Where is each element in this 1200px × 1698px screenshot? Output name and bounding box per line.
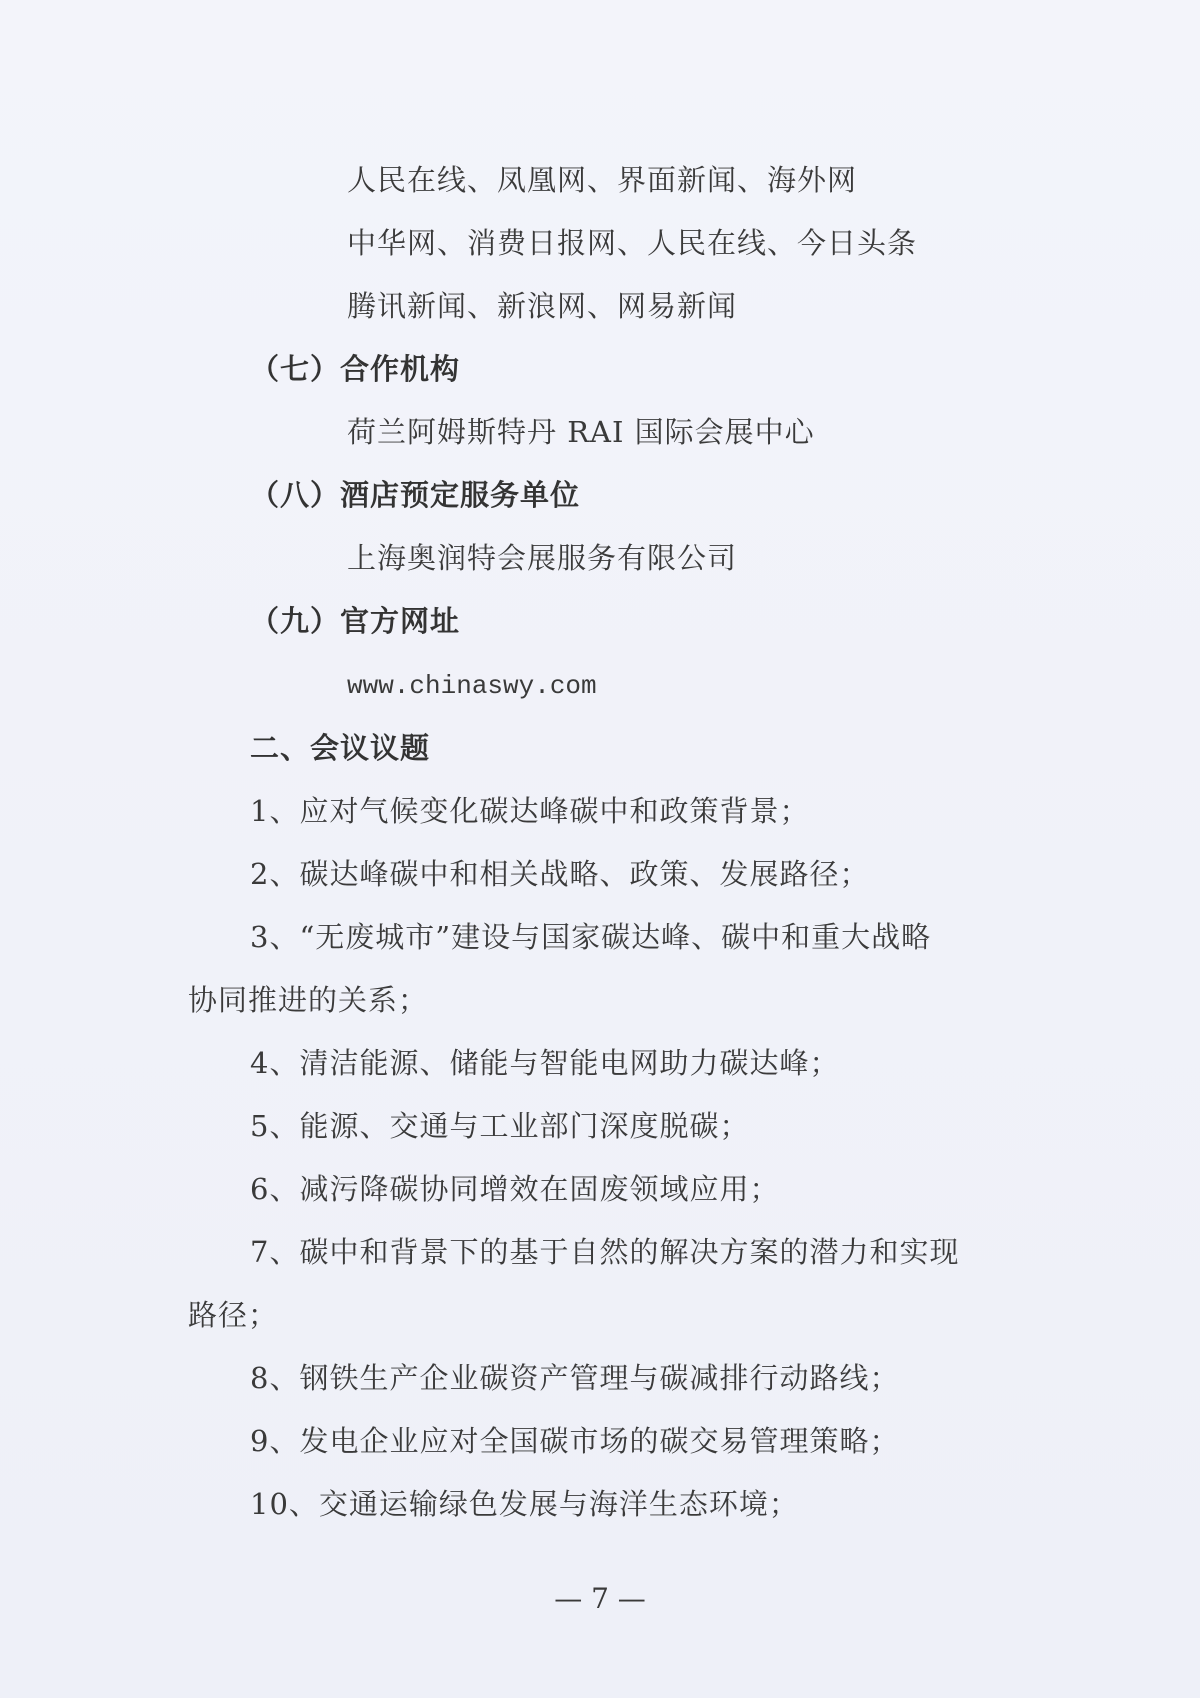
topic-item-1: 1、应对气候变化碳达峰碳中和政策背景； [250, 793, 809, 829]
topic-item-4: 4、清洁能源、储能与智能电网助力碳达峰； [250, 1045, 839, 1081]
cooperation-heading: （七）合作机构 [250, 351, 460, 387]
media-line-1: 人民在线、凤凰网、界面新闻、海外网 [347, 162, 857, 198]
topic-item-7: 7、碳中和背景下的基于自然的解决方案的潜力和实现 [250, 1234, 959, 1270]
topics-heading: 二、会议议题 [250, 730, 430, 766]
topic-item-3: 3、“无废城市”建设与国家碳达峰、碳中和重大战略 [250, 919, 931, 955]
hotel-heading: （八）酒店预定服务单位 [250, 477, 580, 513]
topic-item-5: 5、能源、交通与工业部门深度脱碳； [250, 1108, 749, 1144]
cooperation-body: 荷兰阿姆斯特丹 RAI 国际会展中心 [347, 414, 815, 450]
topic-item-8: 8、钢铁生产企业碳资产管理与碳减排行动路线； [250, 1360, 899, 1396]
document-page: 人民在线、凤凰网、界面新闻、海外网 中华网、消费日报网、人民在线、今日头条 腾讯… [0, 0, 1200, 1698]
topic-item-6: 6、减污降碳协同增效在固废领域应用； [250, 1171, 779, 1207]
hotel-body: 上海奥润特会展服务有限公司 [347, 540, 737, 576]
topic-item-10: 10、交通运输绿色发展与海洋生态环境； [250, 1486, 799, 1522]
website-link[interactable]: www.chinaswy.com [347, 668, 597, 704]
topic-item-3-cont: 协同推进的关系； [188, 982, 428, 1018]
topic-item-7-cont: 路径； [188, 1297, 278, 1333]
topic-item-9: 9、发电企业应对全国碳市场的碳交易管理策略； [250, 1423, 899, 1459]
topic-item-2: 2、碳达峰碳中和相关战略、政策、发展路径； [250, 856, 869, 892]
media-line-2: 中华网、消费日报网、人民在线、今日头条 [347, 225, 917, 261]
media-line-3: 腾讯新闻、新浪网、网易新闻 [347, 288, 737, 324]
website-heading: （九）官方网址 [250, 603, 460, 639]
page-number: — 7 — [0, 1582, 1200, 1615]
